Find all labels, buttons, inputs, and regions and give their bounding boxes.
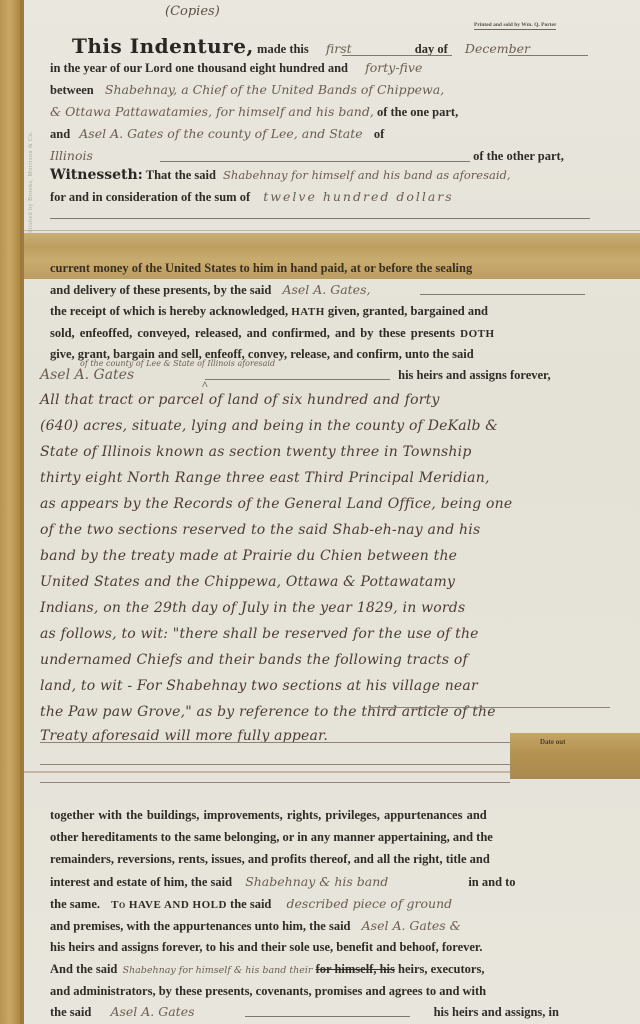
description-line: (640) acres, situate, lying and being in… (40, 418, 498, 434)
printer-credit: Printed and sold by Wm. Q. Porter (474, 22, 556, 30)
doc-line: his heirs and assigns forever, to his an… (50, 940, 482, 955)
handwritten-text: described piece of ground (287, 896, 453, 911)
printed-text: sold, enfeoffed, conveyed, released, and… (50, 326, 455, 340)
printed-text: That the said (146, 168, 216, 182)
printed-text: given, granted, bargained and (328, 304, 488, 318)
printed-caps: To HAVE AND HOLD (111, 899, 227, 911)
document-title: This Indenture, (72, 34, 254, 58)
printed-text: other hereditaments to the same belongin… (50, 830, 493, 844)
description-line: land, to wit - For Shabehnay two section… (40, 678, 478, 694)
description-line: State of Illinois known as section twent… (40, 444, 472, 460)
printed-text: together with the buildings, improvement… (50, 808, 487, 822)
printed-text: his heirs and assigns forever, (398, 368, 550, 382)
printed-text: the receipt of which is hereby acknowled… (50, 304, 288, 318)
description-line: band by the treaty made at Prairie du Ch… (40, 548, 457, 564)
doc-line: the receipt of which is hereby acknowled… (50, 304, 488, 319)
description-line: as follows, to wit: "there shall be rese… (40, 626, 479, 642)
description-line: undernamed Chiefs and their bands the fo… (40, 652, 468, 668)
doc-line: and premises, with the appurtenances unt… (50, 918, 461, 934)
doc-line: Asel A. Gates his heirs and assigns fore… (40, 367, 551, 383)
binding-edge (20, 0, 24, 1024)
handwritten-text: Asel A. Gates & (362, 918, 461, 933)
printed-text: between (50, 83, 94, 97)
copies-annotation: (Copies) (165, 4, 220, 19)
handwritten-text: Asel A. Gates, (282, 282, 370, 297)
printed-text: And the said (50, 962, 117, 976)
description-line: of the two sections reserved to the said… (40, 522, 480, 538)
doc-line: and administrators, by these presents, c… (50, 984, 486, 999)
doc-line: current money of the United States to hi… (50, 261, 472, 276)
doc-line: & Ottawa Pattawatamies, for himself and … (50, 104, 458, 120)
handwritten-text: & Ottawa Pattawatamies, for himself and … (50, 104, 374, 119)
printed-text: for and in consideration of the sum of (50, 190, 250, 204)
struck-text: for himself, his (316, 962, 395, 976)
handwritten-text: forty-five (365, 60, 422, 75)
doc-line: together with the buildings, improvement… (50, 808, 487, 823)
handwritten-text: Shabehnay, a Chief of the United Bands o… (105, 82, 444, 97)
handwritten-text: Shabehnay & his band (245, 874, 465, 889)
handwritten-text: twelve hundred dollars (263, 189, 453, 204)
doc-line: other hereditaments to the same belongin… (50, 830, 493, 845)
printed-text: and (50, 127, 70, 141)
printed-text: in and to (468, 875, 515, 889)
doc-line: and delivery of these presents, by the s… (50, 282, 370, 298)
printed-text: the said (230, 897, 271, 911)
printed-text: of the one part, (377, 105, 458, 119)
doc-line: between Shabehnay, a Chief of the United… (50, 82, 444, 98)
printed-text: of (374, 127, 384, 141)
printed-text: the said (50, 1005, 91, 1019)
printed-text: current money of the United States to hi… (50, 261, 472, 275)
doc-line: the same. To HAVE AND HOLD the said desc… (50, 896, 452, 912)
handwritten-text: Shabehnay for himself & his band their (123, 965, 313, 976)
doc-line: remainders, reversions, rents, issues, a… (50, 852, 490, 867)
witnesseth-label: Witnesseth: (50, 167, 143, 183)
margin-print: Published by Brooks, Morrison & Co. (28, 60, 38, 240)
printed-text: and premises, with the appurtenances unt… (50, 919, 351, 933)
handwritten-text: Asel A. Gates of the county of Lee, and … (79, 126, 362, 141)
printed-caps: DOTH (460, 328, 494, 340)
title-line: This Indenture, made this first day of D… (72, 34, 530, 58)
printed-text: of the other part, (473, 149, 564, 163)
printed-text: his heirs and assigns, in (434, 1005, 559, 1019)
printed-text: day of (415, 42, 448, 56)
handwritten-month: December (465, 41, 530, 56)
handwritten-text: Shabehnay for himself and his band as af… (223, 168, 511, 182)
doc-line: Witnesseth: That the said Shabehnay for … (50, 167, 511, 183)
description-line: United States and the Chippewa, Ottawa &… (40, 574, 455, 590)
handwritten-text: Asel A. Gates (40, 367, 395, 383)
printed-text: heirs, executors, (398, 962, 484, 976)
printed-text: and delivery of these presents, by the s… (50, 283, 271, 297)
printed-text: the same. (50, 897, 100, 911)
description-line: All that tract or parcel of land of six … (40, 392, 440, 408)
doc-line: and Asel A. Gates of the county of Lee, … (50, 126, 384, 142)
printed-text: remainders, reversions, rents, issues, a… (50, 852, 490, 866)
doc-line: interest and estate of him, the said Sha… (50, 874, 516, 890)
tape-label: Date out (540, 738, 565, 746)
insertion-caret: ^ (202, 378, 208, 393)
description-line: as appears by the Records of the General… (40, 496, 512, 512)
printed-text: in the year of our Lord one thousand eig… (50, 61, 348, 75)
printed-text: his heirs and assigns forever, to his an… (50, 940, 482, 954)
printed-text: made this (257, 42, 309, 56)
description-line: thirty eight North Range three east Thir… (40, 470, 490, 486)
doc-line: And the said Shabehnay for himself & his… (50, 962, 484, 977)
handwritten-day: first (326, 41, 352, 56)
printed-text: and administrators, by these presents, c… (50, 984, 486, 998)
doc-line: for and in consideration of the sum of t… (50, 189, 454, 205)
doc-line: the said Asel A. Gates his heirs and ass… (50, 1004, 559, 1020)
description-line: Indians, on the 29th day of July in the … (40, 600, 465, 616)
doc-line: in the year of our Lord one thousand eig… (50, 60, 422, 76)
tape-strip-bottom (510, 733, 640, 779)
printed-text: interest and estate of him, the said (50, 875, 232, 889)
printed-caps: HATH (291, 306, 325, 318)
doc-line: sold, enfeoffed, conveyed, released, and… (50, 326, 495, 341)
